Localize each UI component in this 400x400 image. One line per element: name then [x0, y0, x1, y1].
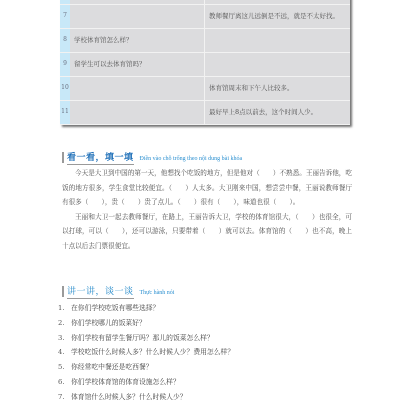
list-item: 7.体育馆什么时候人多？什么时候人少？ [58, 390, 234, 400]
list-item: 4.学校吃饭什么时候人多？什么时候人少？费用怎么样？ [58, 345, 234, 360]
question-cell [70, 100, 205, 124]
speaking-title: 讲一讲，谈一谈 [67, 284, 134, 299]
fill-in-title: 看一看，填一填 [67, 150, 134, 165]
list-item: 3.你们学校有留学生餐厅吗？那儿的饭菜怎么样？ [58, 331, 234, 346]
list-item: 5.你经常吃中餐还是吃西餐？ [58, 360, 234, 375]
speaking-heading: 讲一讲，谈一谈 Thực hành nói [62, 284, 174, 299]
question-cell [70, 4, 205, 28]
row-number: 10 [60, 76, 70, 100]
fill-in-passage: 今天是大卫到中国的第一天，他想找个吃饭的地方，但是他对（ ）不熟悉。王丽告诉他，… [62, 166, 352, 253]
answer-cell [205, 28, 351, 52]
answer-cell: 最好早上8点以前去，这个时间人少。 [205, 100, 351, 124]
speaking-questions: 1.在你们学校吃饭有哪些选择？ 2.你们学校哪儿的饭菜好？ 3.你们学校有留学生… [58, 301, 234, 400]
row-number: 8 [60, 28, 70, 52]
row-number: 11 [60, 100, 70, 124]
fill-in-heading: 看一看，填一填 Điền vào chỗ trống theo nội dung… [62, 150, 242, 165]
speaking-subtitle: Thực hành nói [140, 290, 175, 296]
passage-paragraph: 王丽和大卫一起去教师餐厅，在路上，王丽告诉大卫，学校的体育馆很大，（ ）也很全，… [62, 210, 352, 254]
answer-cell [205, 52, 351, 76]
table-row: 11 最好早上8点以前去，这个时间人少。 [60, 100, 350, 124]
list-item: 2.你们学校哪儿的饭菜好？ [58, 316, 234, 331]
heading-bar-decoration [62, 286, 64, 297]
answer-cell: 体育馆周末和下午人比较多。 [205, 76, 351, 100]
heading-bar-decoration [62, 152, 64, 163]
table-row: 9 留学生可以去体育馆吗？ [60, 52, 350, 76]
table-row: 7 教师餐厅离这儿远倒是不远，就是不太好找。 [60, 4, 350, 28]
list-item: 1.在你们学校吃饭有哪些选择？ [58, 301, 234, 316]
list-item: 6.你们学校体育馆的体育设施怎么样？ [58, 375, 234, 390]
table-row: 10 体育馆周末和下午人比较多。 [60, 76, 350, 100]
question-cell [70, 76, 205, 100]
row-number: 7 [60, 4, 70, 28]
answer-cell: 教师餐厅离这儿远倒是不远，就是不太好找。 [205, 4, 351, 28]
dialogue-table: 7 教师餐厅离这儿远倒是不远，就是不太好找。 8 学校体育馆怎么样？ 9 留学生… [60, 0, 350, 125]
question-cell: 学校体育馆怎么样？ [70, 28, 205, 52]
row-number: 9 [60, 52, 70, 76]
question-cell: 留学生可以去体育馆吗？ [70, 52, 205, 76]
fill-in-subtitle: Điền vào chỗ trống theo nội dung bài khó… [140, 156, 243, 162]
table-row: 8 学校体育馆怎么样？ [60, 28, 350, 52]
passage-paragraph: 今天是大卫到中国的第一天，他想找个吃饭的地方，但是他对（ ）不熟悉。王丽告诉他，… [62, 166, 352, 210]
